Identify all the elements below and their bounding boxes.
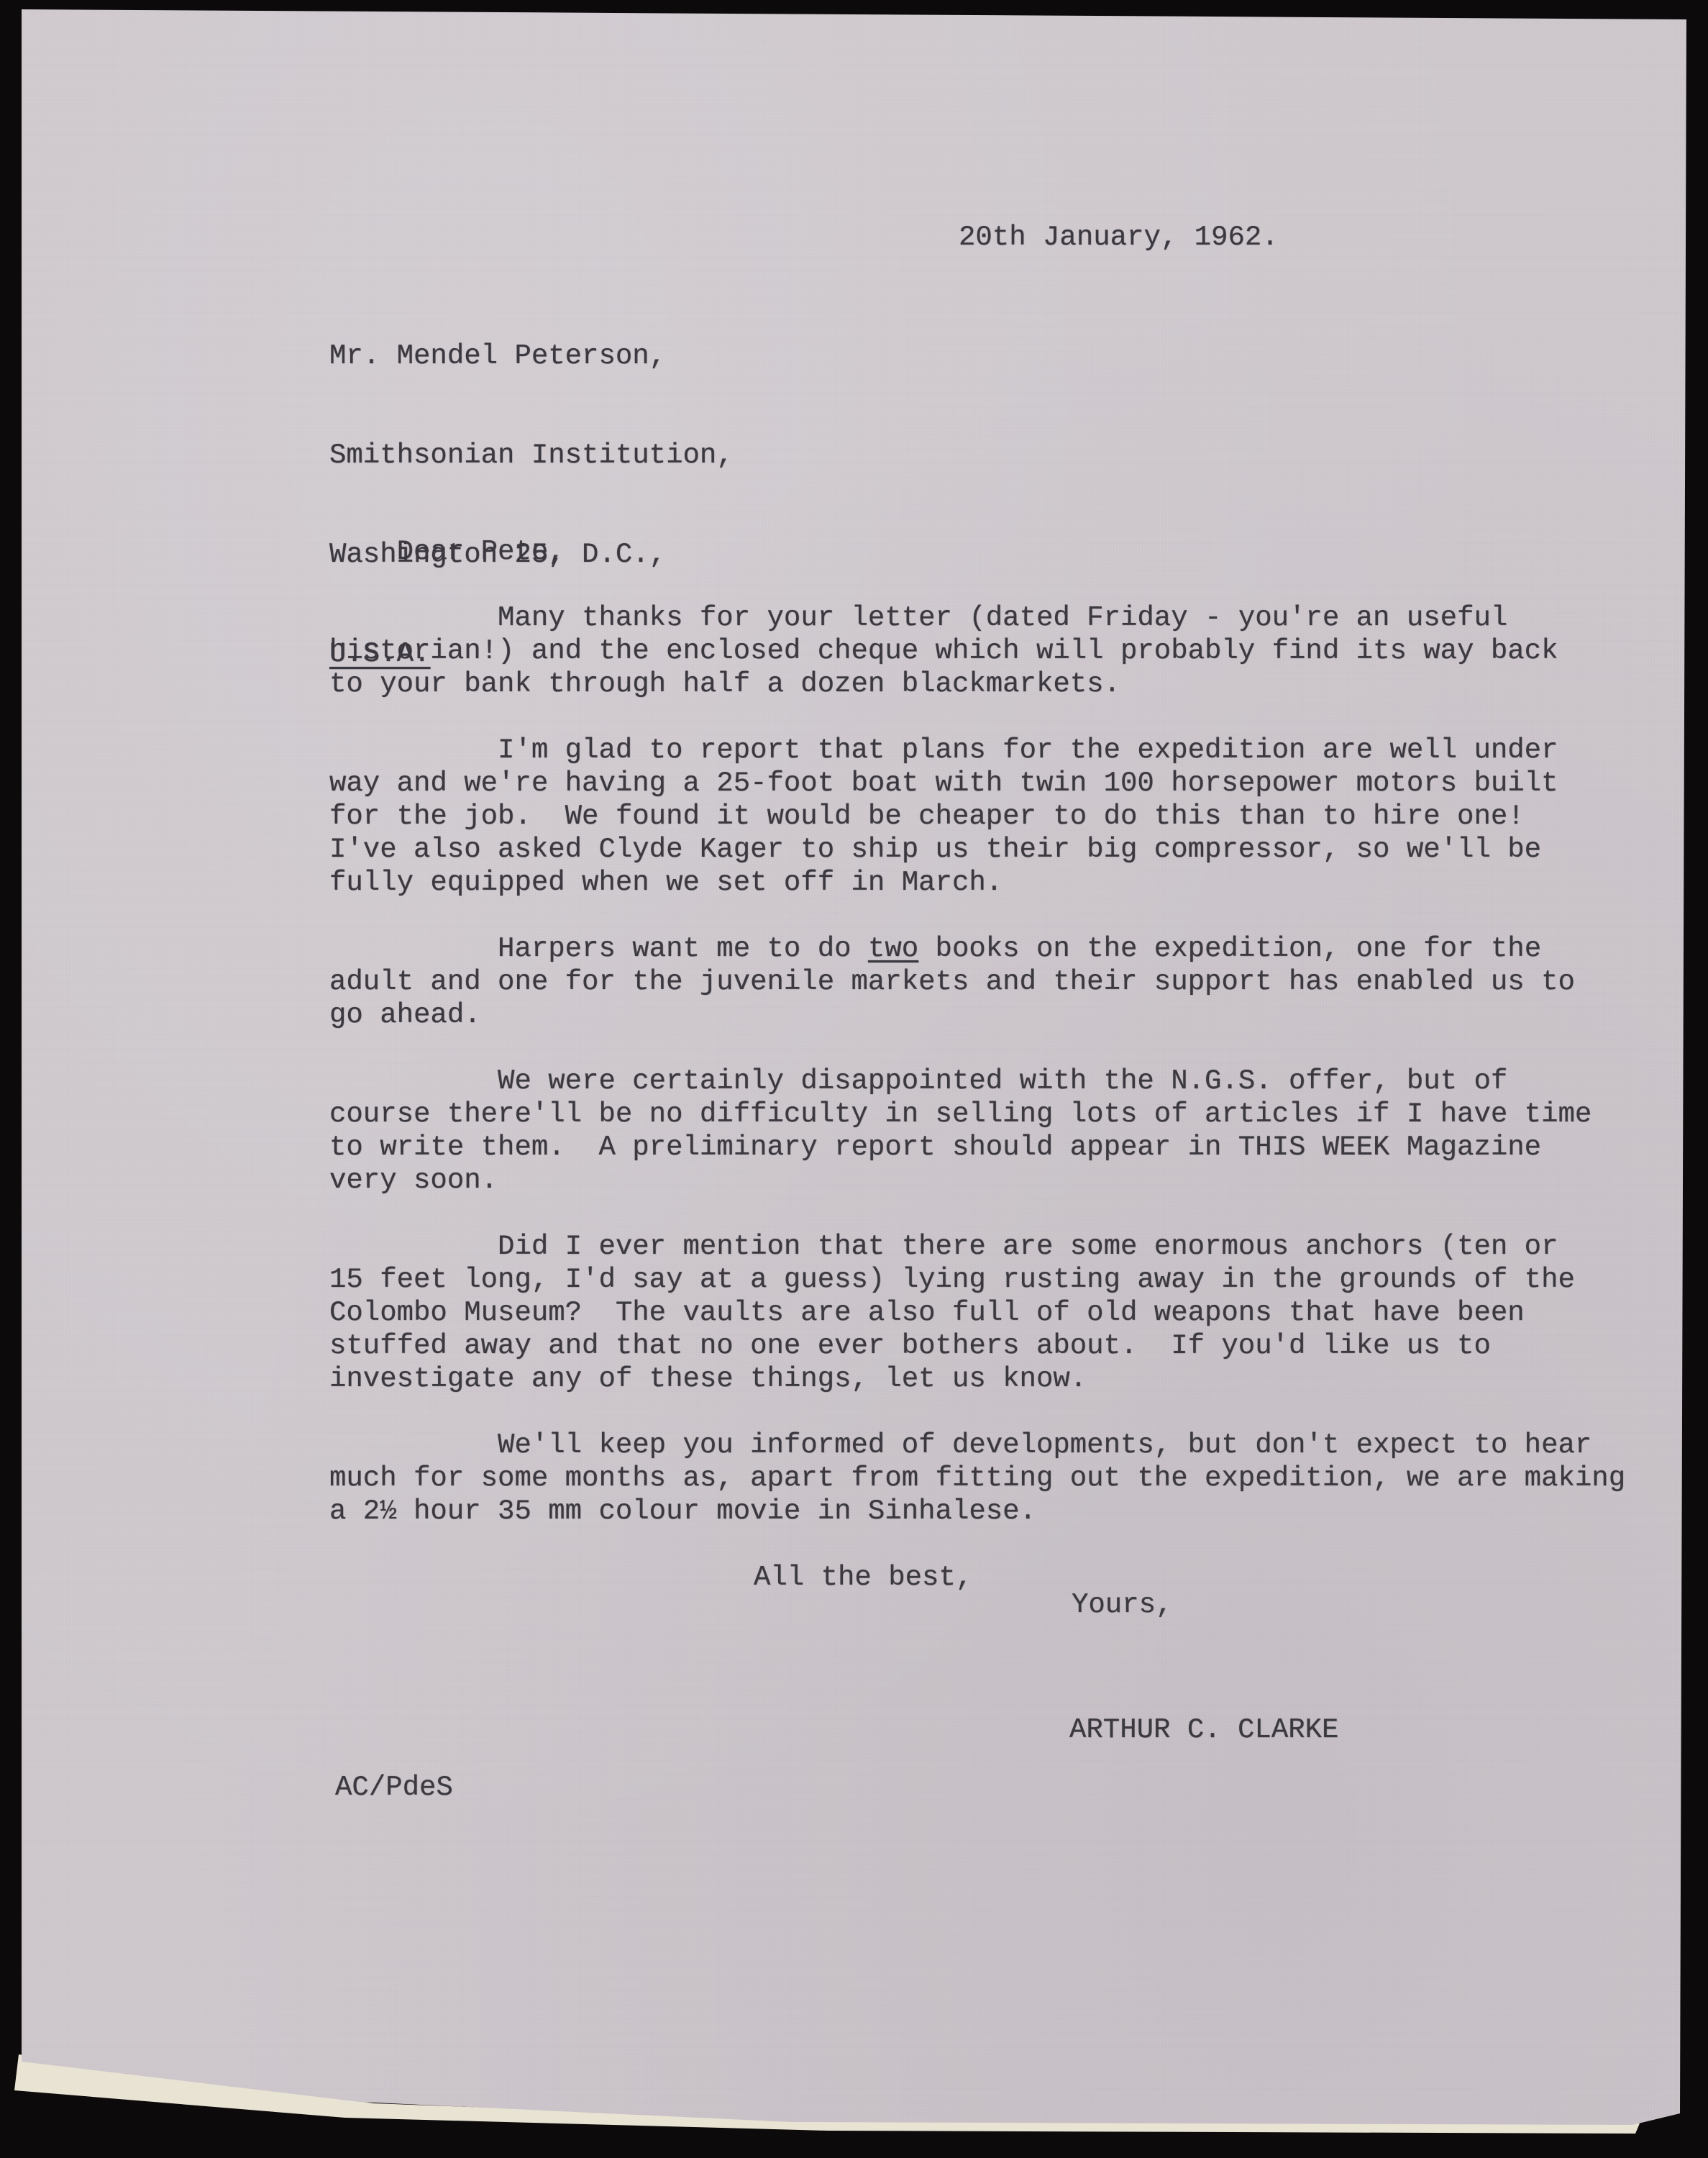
closing-line: All the best, <box>754 1562 972 1593</box>
typist-reference: AC/PdeS <box>335 1771 453 1804</box>
valediction: Yours, <box>1072 1588 1172 1621</box>
letter-body: Dear Pete, Many thanks for your letter (… <box>329 502 1696 1627</box>
signature-name: ARTHUR C. CLARKE <box>1069 1713 1338 1747</box>
recipient-name: Mr. Mendel Peterson, <box>329 340 734 373</box>
body-paragraphs-part1: Many thanks for your letter (dated Frida… <box>329 602 1558 965</box>
salutation: Dear Pete, <box>397 536 565 568</box>
body-paragraphs-part2: books on the expedition, one for the adu… <box>329 933 1625 1527</box>
letter-date: 20th January, 1962. <box>959 221 1279 254</box>
scanned-letter-page: 20th January, 1962. Mr. Mendel Peterson,… <box>0 0 1708 2158</box>
recipient-institution: Smithsonian Institution, <box>329 439 734 472</box>
underlined-word-two: two <box>868 933 918 965</box>
